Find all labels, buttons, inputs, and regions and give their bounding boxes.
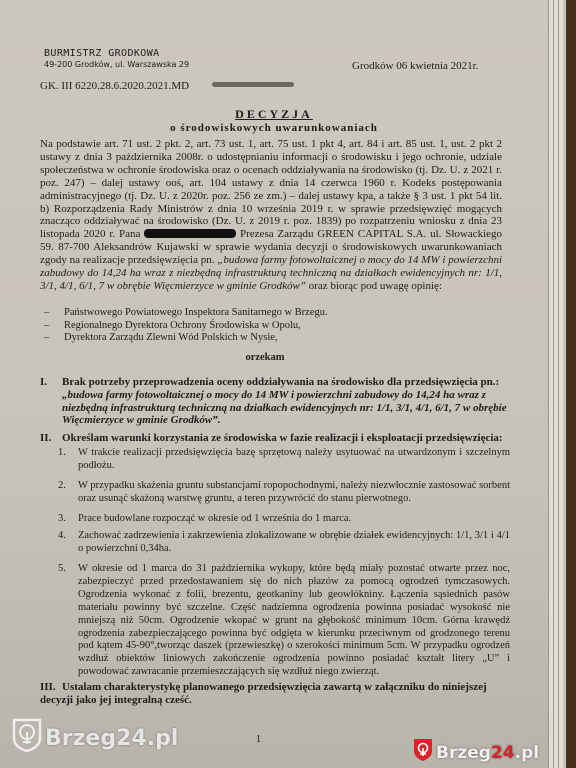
office-stamp: BURMISTRZ GRODKOWA 49-200 Grodków, ul. W… — [44, 48, 189, 70]
paper-edge — [558, 0, 563, 768]
verdict-word: orzekam — [0, 352, 530, 363]
page-number: 1 — [256, 734, 261, 745]
section-3: III.Ustalam charakterystykę planowanego … — [40, 681, 510, 707]
document-date: Grodków 06 kwietnia 2021r. — [352, 60, 478, 72]
office-address: 49-200 Grodków, ul. Warszawska 29 — [44, 59, 189, 70]
list-item: 1.W trakcie realizacji przedsięwzięcia b… — [58, 447, 510, 473]
opinion-list: –Państwowego Powiatowego Inspektora Sani… — [44, 307, 328, 345]
document-page: BURMISTRZ GRODKOWA 49-200 Grodków, ul. W… — [0, 0, 548, 768]
signature-mark — [212, 82, 294, 87]
list-item: 3.Prace budowlane rozpocząć w okresie od… — [58, 513, 510, 526]
watermark-right: Brzeg24.pl — [413, 738, 539, 767]
city-crest-icon — [12, 718, 42, 758]
list-item: –Regionalnego Dyrektora Ochrony Środowis… — [44, 320, 328, 333]
intro-paragraph: Na podstawie art. 71 ust. 2 pkt. 2, art.… — [40, 138, 502, 293]
reference-number: GK. III 6220.28.6.2020.2021.MD — [40, 80, 189, 92]
section-1: I.Brak potrzeby przeprowadzenia oceny od… — [40, 376, 510, 427]
list-item: –Dyrektora Zarządu Zlewni Wód Polskich w… — [44, 332, 328, 345]
section-2: II.Określam warunki korzystania ze środo… — [40, 432, 510, 445]
project-name: „budowa farmy fotowoltaicznej o mocy do … — [40, 389, 510, 427]
list-item: –Państwowego Powiatowego Inspektora Sani… — [44, 307, 328, 320]
list-item: 2.W przypadku skażenia gruntu substancja… — [58, 480, 510, 506]
list-item: 4.Zachować zadrzewienia i zakrzewienia z… — [58, 530, 510, 556]
document-title: DECYZJA — [0, 107, 548, 122]
redaction-bar — [144, 229, 236, 238]
office-name: BURMISTRZ GRODKOWA — [44, 48, 189, 59]
city-crest-icon — [413, 738, 433, 767]
list-item: 5.W okresie od 1 marca do 31 październik… — [58, 563, 510, 679]
document-subtitle: o środowiskowych uwarunkowaniach — [0, 122, 548, 134]
watermark-left: Brzeg24.pl — [12, 718, 178, 758]
